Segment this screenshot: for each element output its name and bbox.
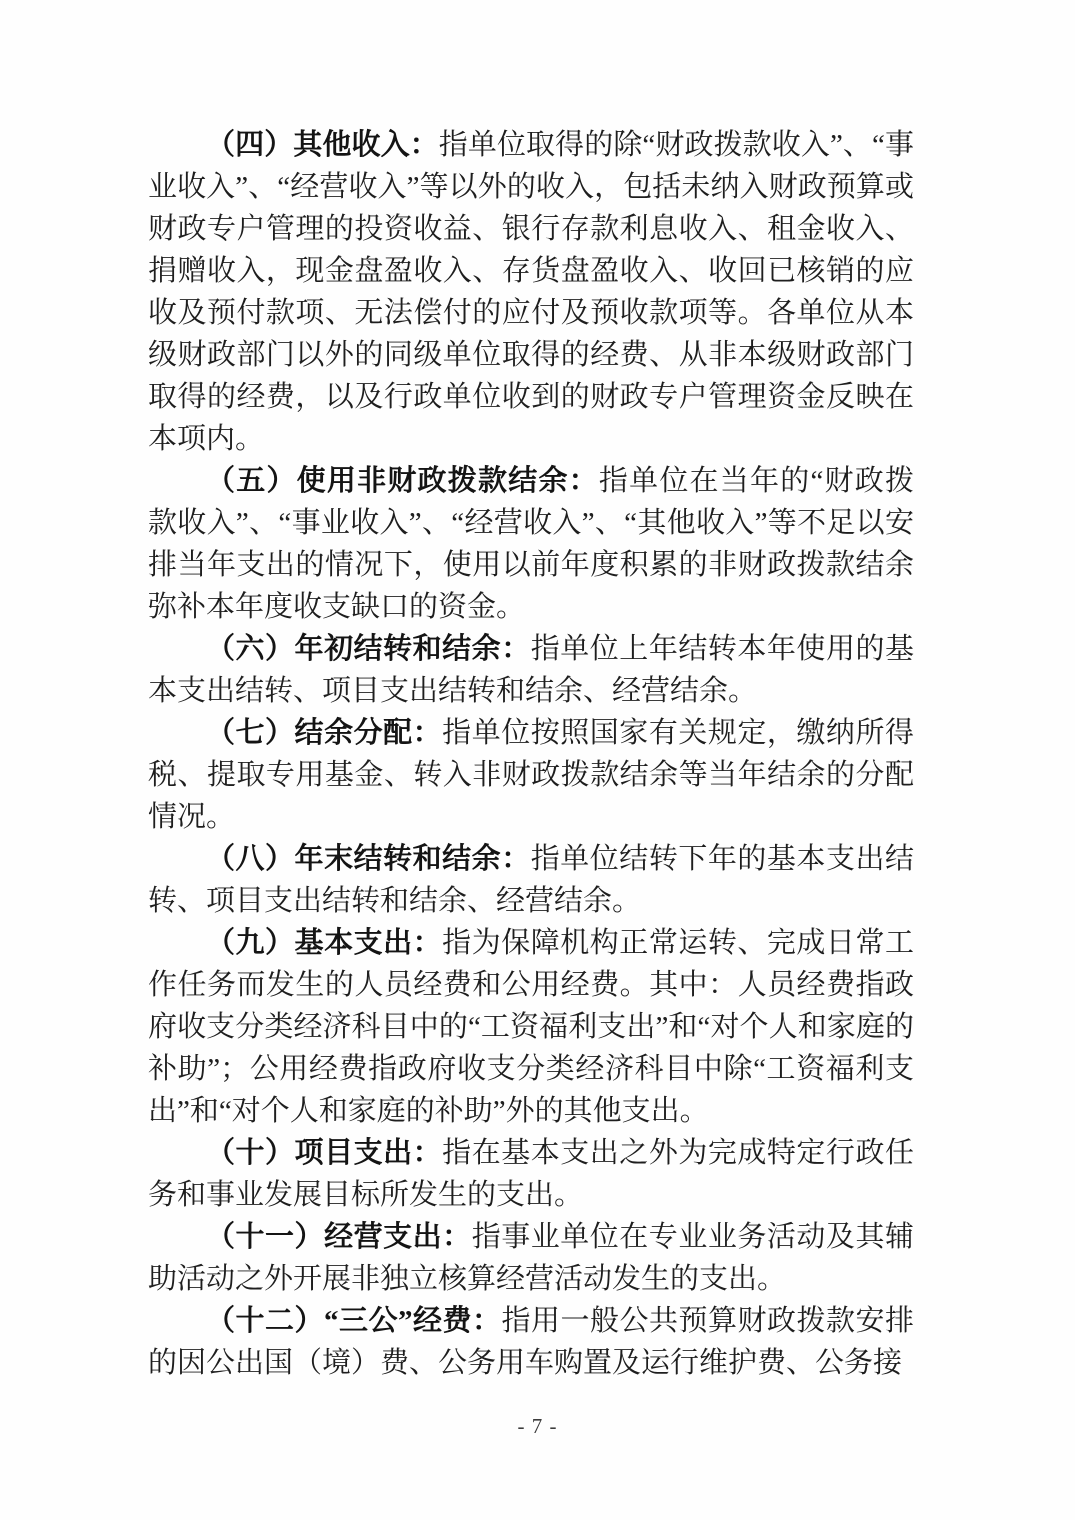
document-page: （四）其他收入：指单位取得的除“财政拨款收入”、“事业收入”、“经营收入”等以外…	[0, 0, 1075, 1520]
definition-para-9-heading: （九）基本支出：	[206, 927, 442, 959]
definition-para-12-heading: （十二）“三公”经费：	[206, 1305, 502, 1337]
definition-para-9: （九）基本支出：指为保障机构正常运转、完成日常工作任务而发生的人员经费和公用经费…	[148, 922, 914, 1132]
definition-para-6: （六）年初结转和结余：指单位上年结转本年使用的基本支出结转、项目支出结转和结余、…	[148, 628, 914, 712]
document-body: （四）其他收入：指单位取得的除“财政拨款收入”、“事业收入”、“经营收入”等以外…	[148, 124, 914, 1384]
definition-para-12: （十二）“三公”经费：指用一般公共预算财政拨款安排的因公出国（境）费、公务用车购…	[148, 1300, 914, 1384]
definition-para-5-heading: （五）使用非财政拨款结余：	[206, 465, 599, 497]
definition-para-6-heading: （六）年初结转和结余：	[206, 633, 531, 665]
definition-para-5: （五）使用非财政拨款结余：指单位在当年的“财政拨款收入”、“事业收入”、“经营收…	[148, 460, 914, 628]
definition-para-11-heading: （十一）经营支出：	[206, 1221, 472, 1253]
definition-para-10: （十）项目支出：指在基本支出之外为完成特定行政任务和事业发展目标所发生的支出。	[148, 1132, 914, 1216]
definition-para-8: （八）年末结转和结余：指单位结转下年的基本支出结转、项目支出结转和结余、经营结余…	[148, 838, 914, 922]
definition-para-4-body: 指单位取得的除“财政拨款收入”、“事业收入”、“经营收入”等以外的收入，包括未纳…	[148, 129, 914, 455]
definition-para-7-heading: （七）结余分配：	[206, 717, 442, 749]
page-number: - 7 -	[0, 1414, 1075, 1439]
definition-para-8-heading: （八）年末结转和结余：	[206, 843, 531, 875]
definition-para-4-heading: （四）其他收入：	[206, 129, 439, 161]
definition-para-11: （十一）经营支出：指事业单位在专业业务活动及其辅助活动之外开展非独立核算经营活动…	[148, 1216, 914, 1300]
definition-para-4: （四）其他收入：指单位取得的除“财政拨款收入”、“事业收入”、“经营收入”等以外…	[148, 124, 914, 460]
definition-para-7: （七）结余分配：指单位按照国家有关规定，缴纳所得税、提取专用基金、转入非财政拨款…	[148, 712, 914, 838]
definition-para-10-heading: （十）项目支出：	[206, 1137, 442, 1169]
